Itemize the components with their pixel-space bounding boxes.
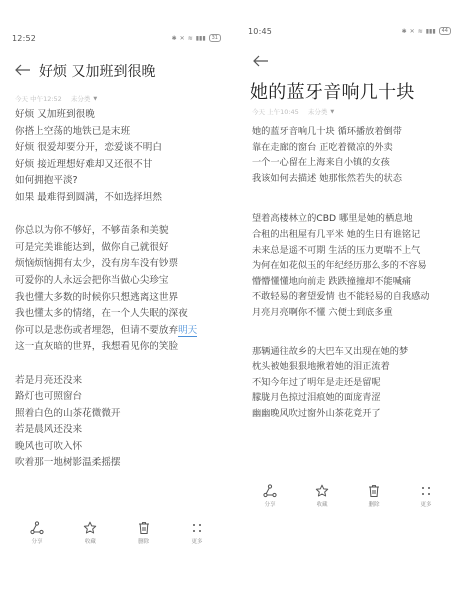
text-line: 可是完美谁能达到，做你自己就很好 bbox=[15, 240, 197, 257]
wifi-icon: ≋ bbox=[188, 35, 193, 42]
category-dropdown[interactable]: 未分类 ▼ bbox=[308, 107, 334, 116]
text-line: 你搭上空荡的地铁已是末班 bbox=[15, 124, 197, 141]
note-meta: 今天 上午10:45 未分类 ▼ bbox=[252, 107, 334, 116]
text-line: 若是月亮还没来 bbox=[15, 373, 197, 390]
status-icons: ✱ ✕ ≋ ▮▮▮ 31 bbox=[172, 34, 221, 42]
delete-label: 删除 bbox=[368, 500, 379, 508]
text-line: 枕头被她狠狠地揪着她的泪正流着 bbox=[252, 359, 429, 375]
wifi-icon: ≋ bbox=[418, 28, 423, 35]
back-arrow-icon bbox=[15, 64, 31, 76]
paragraph-gap bbox=[252, 186, 429, 211]
text-line: 幽幽晚风吹过窗外山茶花竟开了 bbox=[252, 406, 429, 422]
battery-icon: 31 bbox=[209, 34, 221, 42]
more-button[interactable]: 更多 bbox=[182, 521, 212, 545]
text-line: 为何在如花似玉的年纪经历那么多的不容易 bbox=[252, 258, 429, 274]
delete-button[interactable]: 删除 bbox=[129, 521, 159, 545]
note-body[interactable]: 她的蓝牙音响几十块 循环播放着倒带 靠在走廊的窗台 正吃着微凉的外卖 一个一心留… bbox=[252, 124, 429, 422]
text-line: 靠在走廊的窗台 正吃着微凉的外卖 bbox=[252, 140, 429, 156]
caret-down-icon: ▼ bbox=[93, 96, 97, 102]
note-meta: 今天 中午12:52 未分类 ▼ bbox=[15, 94, 97, 103]
text-line: 不敢轻易的奢望爱情 也不能轻易的自我感动 bbox=[252, 289, 429, 305]
signal-icon: ▮▮▮ bbox=[426, 28, 436, 35]
note-timestamp: 今天 上午10:45 bbox=[252, 107, 299, 116]
category-dropdown[interactable]: 未分类 ▼ bbox=[71, 94, 97, 103]
text-line: 朦胧月色掠过泪痕她的面庞青涩 bbox=[252, 390, 429, 406]
text-line: 路灯也可照窗台 bbox=[15, 389, 197, 406]
share-label: 分享 bbox=[264, 500, 275, 508]
back-arrow-icon bbox=[253, 55, 269, 67]
text-line: 望着高楼林立的CBD 哪里是她的栖息地 bbox=[252, 211, 429, 227]
text-line: 晚风也可吹入怀 bbox=[15, 439, 197, 456]
text-line: 好烦 接近理想好难却又还很不甘 bbox=[15, 157, 197, 174]
status-time: 10:45 bbox=[248, 27, 272, 36]
back-button[interactable] bbox=[15, 64, 31, 76]
note-timestamp: 今天 中午12:52 bbox=[15, 94, 62, 103]
share-icon bbox=[263, 484, 277, 498]
hyperlink-word[interactable]: 明天 bbox=[178, 325, 197, 337]
status-icons: ✱ ✕ ≋ ▮▮▮ 44 bbox=[402, 27, 451, 35]
text-line: 这一直灰暗的世界，我想看见你的笑脸 bbox=[15, 339, 197, 356]
note-body[interactable]: 好烦 又加班到很晚 你搭上空荡的地铁已是末班 好烦 很爱却要分开，恋爱谈不明白 … bbox=[15, 107, 197, 472]
share-button[interactable]: 分享 bbox=[255, 484, 285, 508]
caret-down-icon: ▼ bbox=[330, 109, 334, 115]
signal-icon: ▮▮▮ bbox=[196, 35, 206, 42]
status-time: 12:52 bbox=[12, 34, 36, 43]
bluetooth-icon: ✱ bbox=[402, 28, 407, 35]
more-button[interactable]: 更多 bbox=[411, 484, 441, 508]
star-icon bbox=[83, 521, 97, 535]
text-line: 照着白色的山茶花微微开 bbox=[15, 406, 197, 423]
text-line: 我该如何去描述 她那怅然若失的状态 bbox=[252, 171, 429, 187]
more-icon bbox=[419, 484, 433, 498]
delete-label: 删除 bbox=[138, 537, 149, 545]
text-line: 月亮月亮啊你不懂 六便士到底多重 bbox=[252, 305, 429, 321]
note-screen-left: 12:52 ✱ ✕ ≋ ▮▮▮ 31 好烦 又加班到很晚 今天 中午12:52 … bbox=[0, 0, 229, 600]
paragraph-gap bbox=[252, 321, 429, 344]
mute-icon: ✕ bbox=[180, 35, 185, 42]
status-bar: 12:52 ✱ ✕ ≋ ▮▮▮ 31 bbox=[0, 34, 229, 48]
note-screen-right: 10:45 ✱ ✕ ≋ ▮▮▮ 44 她的蓝牙音响几十块 今天 上午10:45 … bbox=[236, 0, 459, 600]
category-label: 未分类 bbox=[71, 94, 91, 103]
bottom-toolbar: 分享 收藏 删除 更多 bbox=[255, 484, 441, 508]
text-line: 吹着那一地树影温柔摇摆 bbox=[15, 455, 197, 472]
text-line: 烦恼烦恼拥有太少，没有房车没有钞票 bbox=[15, 256, 197, 273]
share-label: 分享 bbox=[31, 537, 42, 545]
text-line: 懵懵懂懂地向前走 跌跌撞撞却不能喊痛 bbox=[252, 274, 429, 290]
mute-icon: ✕ bbox=[410, 28, 415, 35]
share-button[interactable]: 分享 bbox=[22, 521, 52, 545]
back-button[interactable] bbox=[253, 55, 269, 67]
text-line: 那辆通往故乡的大巴车又出现在她的梦 bbox=[252, 344, 429, 360]
star-icon bbox=[315, 484, 329, 498]
paragraph-gap bbox=[15, 356, 197, 373]
bottom-toolbar: 分享 收藏 删除 更多 bbox=[22, 521, 212, 545]
favorite-label: 收藏 bbox=[85, 537, 96, 545]
share-icon bbox=[30, 521, 44, 535]
text-line: 我也懂大多数的时候你只想逃离这世界 bbox=[15, 290, 197, 307]
text-line: 她的蓝牙音响几十块 循环播放着倒带 bbox=[252, 124, 429, 140]
more-label: 更多 bbox=[420, 500, 431, 508]
text-line: 一个一心留在上海来自小镇的女孩 bbox=[252, 155, 429, 171]
favorite-label: 收藏 bbox=[316, 500, 327, 508]
favorite-button[interactable]: 收藏 bbox=[75, 521, 105, 545]
bluetooth-icon: ✱ bbox=[172, 35, 177, 42]
text-line: 不知今年过了明年是走还是留呢 bbox=[252, 375, 429, 391]
text-line: 你总以为你不够好，不够苗条和美貌 bbox=[15, 223, 197, 240]
category-label: 未分类 bbox=[308, 107, 328, 116]
favorite-button[interactable]: 收藏 bbox=[307, 484, 337, 508]
text-line: 好烦 又加班到很晚 bbox=[15, 107, 197, 124]
trash-icon bbox=[367, 484, 381, 498]
text-line: 若是晨风还没来 bbox=[15, 422, 197, 439]
note-title: 好烦 又加班到很晚 bbox=[39, 61, 155, 81]
delete-button[interactable]: 删除 bbox=[359, 484, 389, 508]
paragraph-gap bbox=[15, 207, 197, 224]
text-line: 好烦 很爱却要分开，恋爱谈不明白 bbox=[15, 140, 197, 157]
trash-icon bbox=[137, 521, 151, 535]
text-line: 可爱你的人永远会把你当做心尖珍宝 bbox=[15, 273, 197, 290]
text-line: 你可以是悲伤或者埋怨，但请不要放弃明天 bbox=[15, 323, 197, 340]
text-line: 如果 最难得到圆满，不如选择坦然 bbox=[15, 190, 197, 207]
text-span: 你可以是悲伤或者埋怨，但请不要放弃 bbox=[15, 325, 178, 336]
text-line: 如何拥抱平淡? bbox=[15, 173, 197, 190]
note-title: 她的蓝牙音响几十块 bbox=[250, 78, 415, 104]
status-bar: 10:45 ✱ ✕ ≋ ▮▮▮ 44 bbox=[236, 27, 459, 41]
more-icon bbox=[190, 521, 204, 535]
battery-icon: 44 bbox=[439, 27, 451, 35]
text-line: 我也懂太多的情绪，在一个人失眠的深夜 bbox=[15, 306, 197, 323]
text-line: 未来总是遥不可期 生活的压力更喘不上气 bbox=[252, 243, 429, 259]
more-label: 更多 bbox=[191, 537, 202, 545]
text-line: 合租的出租屋有几平米 她的生日有谁铭记 bbox=[252, 227, 429, 243]
